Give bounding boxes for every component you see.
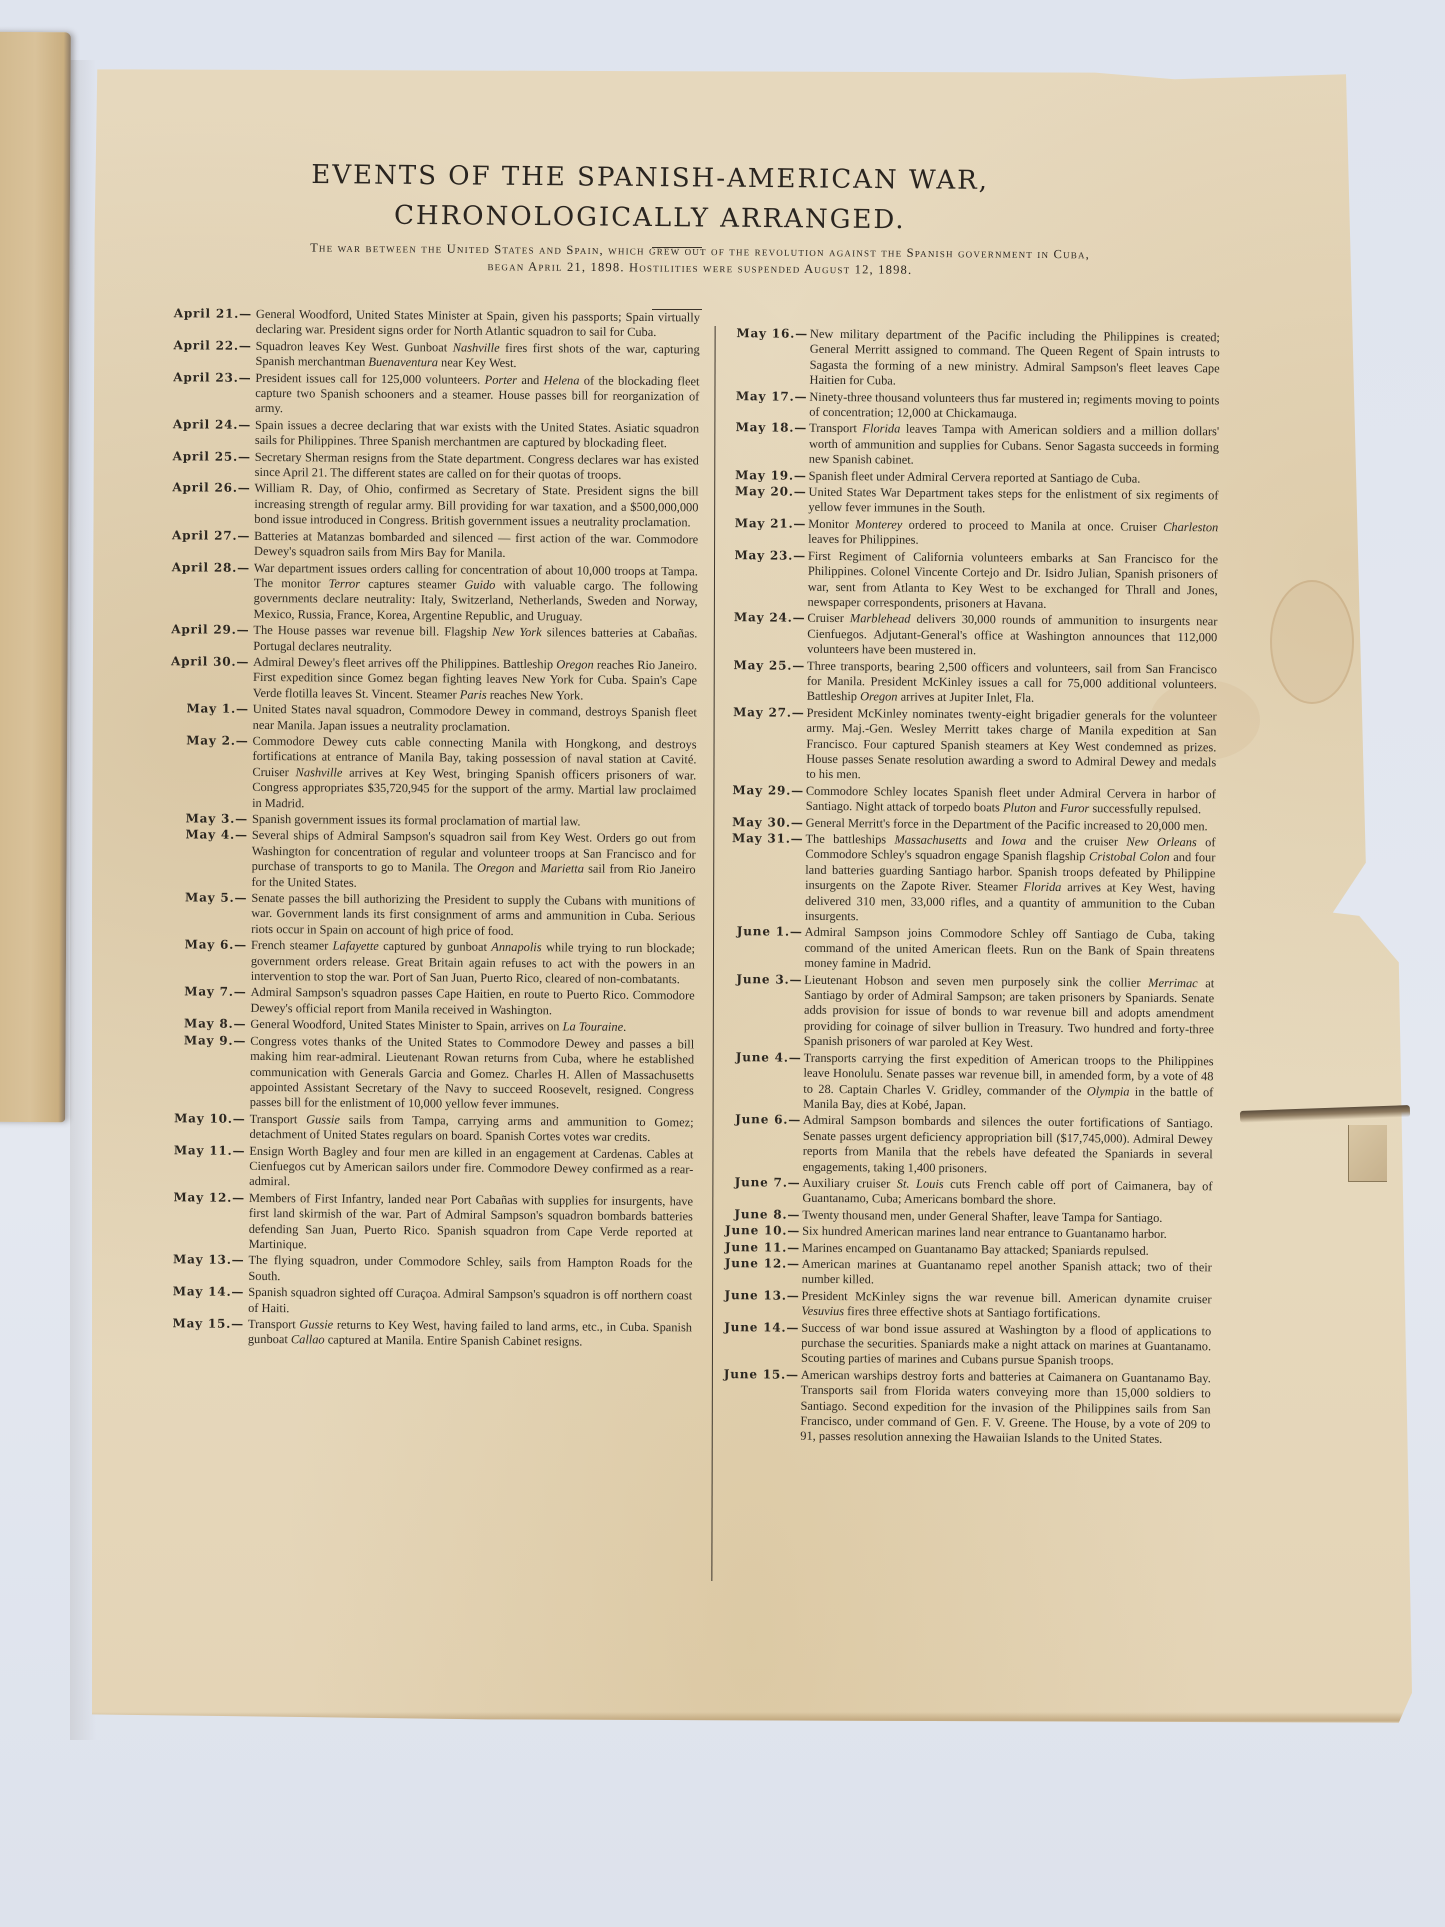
entry-text: French steamer Lafayette captured by gun… <box>251 938 695 986</box>
entry-text: Admiral Sampson bombards and silences th… <box>803 1113 1214 1175</box>
chronology-entry: May 20.—United States War Department tak… <box>718 484 1218 519</box>
entry-text: Lieutenant Hobson and seven men purposel… <box>804 972 1215 1050</box>
entry-date: June 7.— <box>712 1175 800 1191</box>
entry-date: June 4.— <box>714 1050 802 1066</box>
entry-text: Six hundred American marines land near e… <box>802 1224 1167 1241</box>
chronology-entry: April 28.—War department issues orders c… <box>136 559 698 625</box>
entry-date: May 15.— <box>130 1316 244 1332</box>
chronology-entry: April 29.—The House passes war revenue b… <box>135 622 697 657</box>
chronology-entry: June 15.—American warships destroy forts… <box>710 1367 1211 1448</box>
chronology-entry: May 13.—The flying squadron, under Commo… <box>130 1252 692 1287</box>
entry-date: May 7.— <box>133 984 247 1000</box>
chronology-entry: May 25.—Three transports, bearing 2,500 … <box>717 658 1217 709</box>
entry-text: Admiral Sampson's squadron passes Cape H… <box>250 985 694 1017</box>
chronology-entry: May 17.—Ninety-three thousand volunteers… <box>719 389 1219 424</box>
entry-date: June 12.— <box>712 1256 800 1272</box>
entry-text: Three transports, bearing 2,500 officers… <box>807 658 1217 705</box>
entry-text: President issues call for 125,000 volunt… <box>255 371 699 416</box>
chronology-entry: April 24.—Spain issues a decree declarin… <box>137 417 699 452</box>
entry-text: Cruiser Marblehead delivers 30,000 round… <box>807 611 1217 657</box>
entry-date: April 27.— <box>136 528 250 544</box>
entry-date: May 11.— <box>131 1143 245 1159</box>
entry-date: May 17.— <box>719 389 807 405</box>
entry-date: June 10.— <box>712 1223 800 1239</box>
entry-text: Secretary Sherman resigns from the State… <box>255 450 699 482</box>
entry-date: May 16.— <box>720 326 808 342</box>
entry-date: May 3.— <box>134 811 248 827</box>
chronology-entry: April 25.—Secretary Sherman resigns from… <box>137 449 699 484</box>
chronology-entry: May 7.—Admiral Sampson's squadron passes… <box>132 984 694 1019</box>
chronology-entry: May 31.—The battleships Massachusetts an… <box>715 831 1216 928</box>
chronology-entry: May 2.—Commodore Dewey cuts cable connec… <box>134 733 697 814</box>
title-line-1: EVENTS OF THE SPANISH-AMERICAN WAR, <box>200 154 1100 202</box>
entry-date: May 6.— <box>133 937 247 953</box>
entry-text: General Woodford, United States Minister… <box>256 307 700 340</box>
entry-text: Ninety-three thousand volunteers thus fa… <box>809 389 1219 420</box>
left-column: April 21.—General Woodford, United State… <box>130 306 700 1352</box>
entry-text: Admiral Dewey's fleet arrives off the Ph… <box>253 655 697 702</box>
entry-text: Several ships of Admiral Sampson's squad… <box>251 828 695 889</box>
entry-date: May 13.— <box>130 1252 244 1268</box>
chronology-entry: May 5.—Senate passes the bill authorizin… <box>133 890 695 941</box>
entry-date: May 24.— <box>717 610 805 626</box>
entry-date: April 25.— <box>137 449 251 465</box>
entry-text: General Woodford, United States Minister… <box>250 1017 626 1034</box>
entry-text: Commodore Schley locates Spanish fleet u… <box>806 784 1216 817</box>
entry-text: Auxiliary cruiser St. Louis cuts French … <box>802 1176 1212 1208</box>
entry-date: May 30.— <box>716 815 804 831</box>
chronology-entry: May 21.—Monitor Monterey ordered to proc… <box>718 516 1218 551</box>
entry-text: Spanish government issues its formal pro… <box>252 812 581 829</box>
entry-date: May 2.— <box>135 733 249 749</box>
entry-date: June 3.— <box>714 972 802 988</box>
entry-date: May 5.— <box>133 890 247 906</box>
entry-date: May 12.— <box>131 1190 245 1206</box>
entry-date: May 1.— <box>135 701 249 717</box>
entry-date: June 6.— <box>713 1112 801 1128</box>
chronology-entry: April 30.—Admiral Dewey's fleet arrives … <box>135 654 697 705</box>
entry-text: Senate passes the bill authorizing the P… <box>251 891 695 938</box>
chronology-entry: May 11.—Ensign Worth Bagley and four men… <box>131 1143 693 1194</box>
entry-text: Transports carrying the first expedition… <box>803 1050 1214 1112</box>
entry-text: Squadron leaves Key West. Gunboat Nashvi… <box>256 339 700 370</box>
chronology-entry: April 21.—General Woodford, United State… <box>138 306 700 341</box>
entry-text: President McKinley signs the war revenue… <box>801 1289 1211 1321</box>
chronology-entry: April 23.—President issues call for 125,… <box>137 370 699 421</box>
entry-date: April 24.— <box>137 417 251 433</box>
entry-text: New military department of the Pacific i… <box>809 327 1220 388</box>
entry-date: May 19.— <box>719 468 807 484</box>
chronology-entry: May 24.—Cruiser Marblehead delivers 30,0… <box>717 610 1217 661</box>
chronology-entry: May 15.—Transport Gussie returns to Key … <box>130 1316 692 1351</box>
chronology-entry: May 1.—United States naval squadron, Com… <box>135 701 697 736</box>
entry-text: Spain issues a decree declaring that war… <box>255 418 699 451</box>
entry-date: May 14.— <box>130 1284 244 1300</box>
entry-date: June 13.— <box>711 1288 799 1304</box>
document-title: EVENTS OF THE SPANISH-AMERICAN WAR, CHRO… <box>200 154 1101 242</box>
entry-date: June 14.— <box>711 1320 799 1336</box>
right-column: May 16.—New military department of the P… <box>710 326 1220 1449</box>
entry-text: William R. Day, of Ohio, confirmed as Se… <box>254 481 698 529</box>
entry-text: The flying squadron, under Commodore Sch… <box>248 1253 692 1283</box>
entry-text: Ensign Worth Bagley and four men are kil… <box>249 1143 693 1188</box>
document-content: EVENTS OF THE SPANISH-AMERICAN WAR, CHRO… <box>0 0 1445 1927</box>
entry-text: First Regiment of California volunteers … <box>808 548 1219 610</box>
entry-text: The battleships Massachusetts and Iowa a… <box>805 832 1216 923</box>
entry-date: June 11.— <box>712 1240 800 1256</box>
entry-text: President McKinley nominates twenty-eigh… <box>806 706 1217 782</box>
chronology-entry: May 29.—Commodore Schley locates Spanish… <box>716 783 1216 818</box>
entry-date: May 8.— <box>132 1016 246 1032</box>
entry-date: May 27.— <box>717 705 805 721</box>
chronology-entry: May 14.—Spanish squadron sighted off Cur… <box>130 1284 692 1319</box>
entry-text: Monitor Monterey ordered to proceed to M… <box>808 517 1218 547</box>
chronology-entry: June 1.—Admiral Sampson joins Commodore … <box>714 924 1214 975</box>
entry-text: Success of war bond issue assured at Was… <box>801 1320 1211 1368</box>
entry-text: Twenty thousand men, under General Shaft… <box>802 1208 1162 1225</box>
chronology-entry: June 4.—Transports carrying the first ex… <box>713 1050 1214 1116</box>
chronology-entry: May 4.—Several ships of Admiral Sampson'… <box>133 827 695 893</box>
entry-date: April 28.— <box>136 559 250 575</box>
title-line-2: CHRONOLOGICALLY ARRANGED. <box>200 194 1100 242</box>
chronology-entry: June 13.—President McKinley signs the wa… <box>711 1288 1211 1323</box>
entry-date: May 29.— <box>716 783 804 799</box>
entry-text: The House passes war revenue bill. Flags… <box>253 623 697 653</box>
entry-text: Members of First Infantry, landed near P… <box>249 1191 693 1252</box>
chronology-entry: May 12.—Members of First Infantry, lande… <box>131 1190 693 1256</box>
chronology-entry: June 6.—Admiral Sampson bombards and sil… <box>713 1112 1214 1178</box>
chronology-entry: June 12.—American marines at Guantanamo … <box>712 1256 1212 1291</box>
entry-text: American warships destroy forts and batt… <box>800 1368 1211 1447</box>
chronology-entry: June 14.—Success of war bond issue assur… <box>711 1320 1211 1371</box>
entry-date: April 29.— <box>135 622 249 638</box>
entry-text: United States naval squadron, Commodore … <box>253 702 697 733</box>
entry-text: United States War Department takes steps… <box>808 485 1218 516</box>
entry-text: Spanish fleet under Admiral Cervera repo… <box>809 468 1141 485</box>
entry-text: War department issues orders calling for… <box>254 560 698 623</box>
entry-text: Transport Gussie sails from Tampa, carry… <box>249 1112 693 1145</box>
entry-date: May 21.— <box>718 516 806 532</box>
chronology-entry: May 16.—New military department of the P… <box>719 326 1220 392</box>
entry-text: American marines at Guantanamo repel ano… <box>802 1257 1212 1287</box>
entry-date: May 18.— <box>719 420 807 436</box>
chronology-entry: April 27.—Batteries at Matanzas bombarde… <box>136 528 698 563</box>
chronology-entry: April 26.—William R. Day, of Ohio, confi… <box>136 480 698 531</box>
chronology-entry: May 18.—Transport Florida leaves Tampa w… <box>719 420 1219 471</box>
entry-text: Marines encamped on Guantanamo Bay attac… <box>802 1240 1149 1257</box>
entry-text: Spanish squadron sighted off Curaçoa. Ad… <box>248 1285 692 1315</box>
chronology-entry: May 10.—Transport Gussie sails from Tamp… <box>131 1111 693 1146</box>
entry-date: April 30.— <box>135 654 249 670</box>
chronology-entry: June 3.—Lieutenant Hobson and seven men … <box>714 972 1215 1053</box>
entry-date: June 1.— <box>715 924 803 940</box>
entry-date: April 21.— <box>138 306 252 322</box>
entry-date: May 4.— <box>134 827 248 843</box>
entry-text: Transport Gussie returns to Key West, ha… <box>248 1317 692 1349</box>
entry-date: June 15.— <box>711 1367 799 1383</box>
chronology-entry: June 7.—Auxiliary cruiser St. Louis cuts… <box>712 1175 1212 1210</box>
chronology-entry: May 6.—French steamer Lafayette captured… <box>133 937 695 988</box>
intro-paragraph: The war between the United States and Sp… <box>200 239 1200 282</box>
entry-text: Congress votes thanks of the United Stat… <box>250 1034 695 1112</box>
entry-text: Transport Florida leaves Tampa with Amer… <box>809 421 1219 467</box>
chronology-entry: May 9.—Congress votes thanks of the Unit… <box>132 1033 695 1114</box>
chronology-entry: April 22.—Squadron leaves Key West. Gunb… <box>138 338 700 373</box>
entry-date: May 31.— <box>715 831 803 847</box>
entry-date: April 23.— <box>137 370 251 386</box>
entry-text: General Merritt's force in the Departmen… <box>806 815 1208 833</box>
entry-date: April 26.— <box>137 480 251 496</box>
chronology-entry: May 23.—First Regiment of California vol… <box>718 548 1219 614</box>
entry-text: Admiral Sampson joins Commodore Schley o… <box>804 925 1214 971</box>
entry-date: May 25.— <box>717 658 805 674</box>
entry-date: June 8.— <box>712 1207 800 1223</box>
entry-date: April 22.— <box>138 338 252 354</box>
entry-date: May 20.— <box>718 484 806 500</box>
entry-date: May 23.— <box>718 548 806 564</box>
entry-text: Batteries at Matanzas bombarded and sile… <box>254 529 698 560</box>
chronology-entry: May 27.—President McKinley nominates twe… <box>716 705 1217 786</box>
entry-text: Commodore Dewey cuts cable connecting Ma… <box>252 734 697 810</box>
entry-date: May 10.— <box>132 1111 246 1127</box>
entry-date: May 9.— <box>132 1033 246 1049</box>
